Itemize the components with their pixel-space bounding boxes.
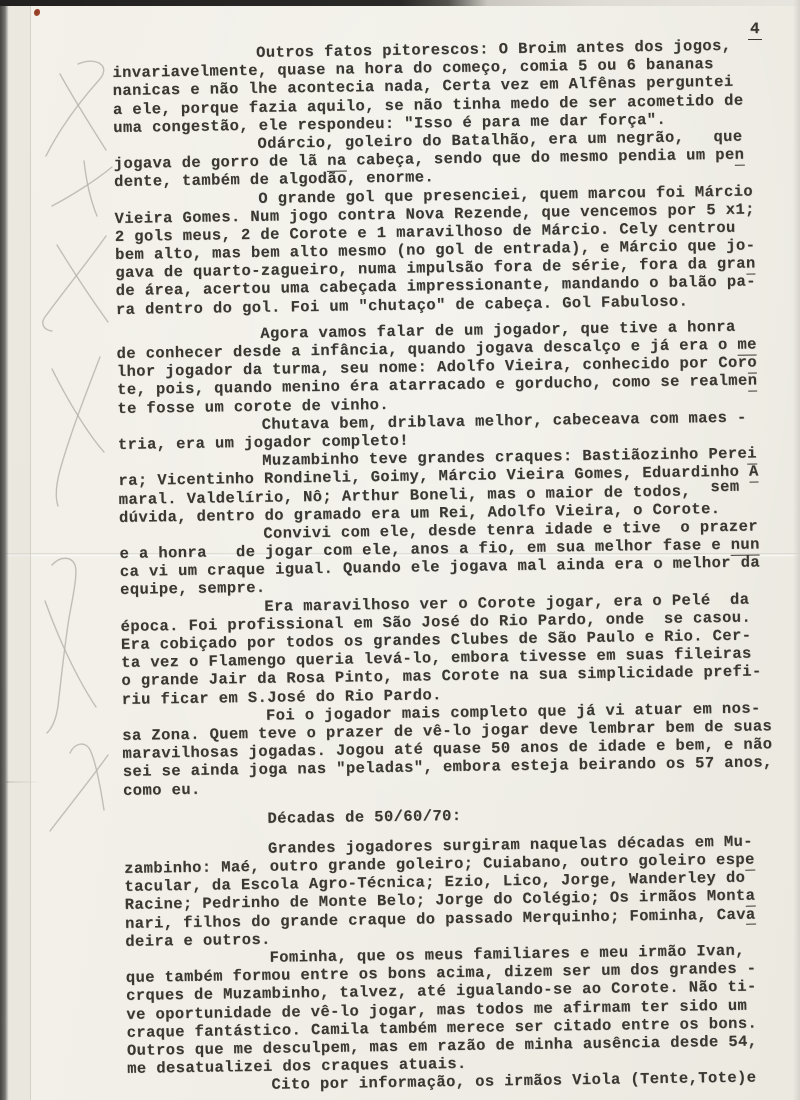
- underlined-text-segment: i: [747, 445, 757, 465]
- pencil-x-mark: [56, 357, 100, 506]
- text-segment: deira e outros.: [125, 931, 271, 951]
- pencil-x-mark: [70, 744, 104, 810]
- underlined-text-segment: nun: [731, 536, 760, 556]
- underlined-text-segment: n: [746, 255, 756, 275]
- underlined-text-segment: e: [745, 851, 755, 871]
- underlined-text-segment: o: [747, 354, 757, 374]
- text-segment: sem: [710, 477, 739, 495]
- underlined-text-segment: na: [327, 152, 347, 172]
- text-segment: Décadas de 50/60/70:: [267, 807, 461, 828]
- pencil-x-mark: [45, 601, 96, 707]
- pencil-x-mark: [52, 369, 104, 452]
- underlined-text-segment: n: [748, 372, 758, 392]
- pencil-x-mark: [50, 755, 108, 831]
- underlined-text-segment: a: [746, 905, 756, 925]
- pencil-x-mark: [57, 245, 108, 322]
- pencil-x-mark: [46, 61, 104, 156]
- pencil-x-mark: [47, 558, 76, 733]
- text-segment: como eu.: [123, 780, 201, 799]
- pencil-x-mark: [52, 167, 112, 206]
- underlined-text-segment: A: [749, 463, 759, 483]
- typewritten-line: Décadas de 50/60/70:: [123, 802, 795, 830]
- pencil-x-mark: [60, 74, 106, 150]
- underlined-text-segment: a: [745, 887, 755, 907]
- scanned-typewritten-page: 4 Outros fatos pitorescos: O Broim antes…: [0, 0, 800, 1100]
- typewritten-text-block: Outros fatos pitorescos: O Broim antes d…: [112, 36, 800, 1096]
- underlined-text-segment: n: [734, 146, 744, 166]
- pencil-x-mark: [84, 161, 97, 216]
- text-segment: equipe, sempre.: [120, 579, 266, 599]
- underlined-text-segment: me: [737, 335, 757, 355]
- pencil-x-mark: [43, 236, 106, 331]
